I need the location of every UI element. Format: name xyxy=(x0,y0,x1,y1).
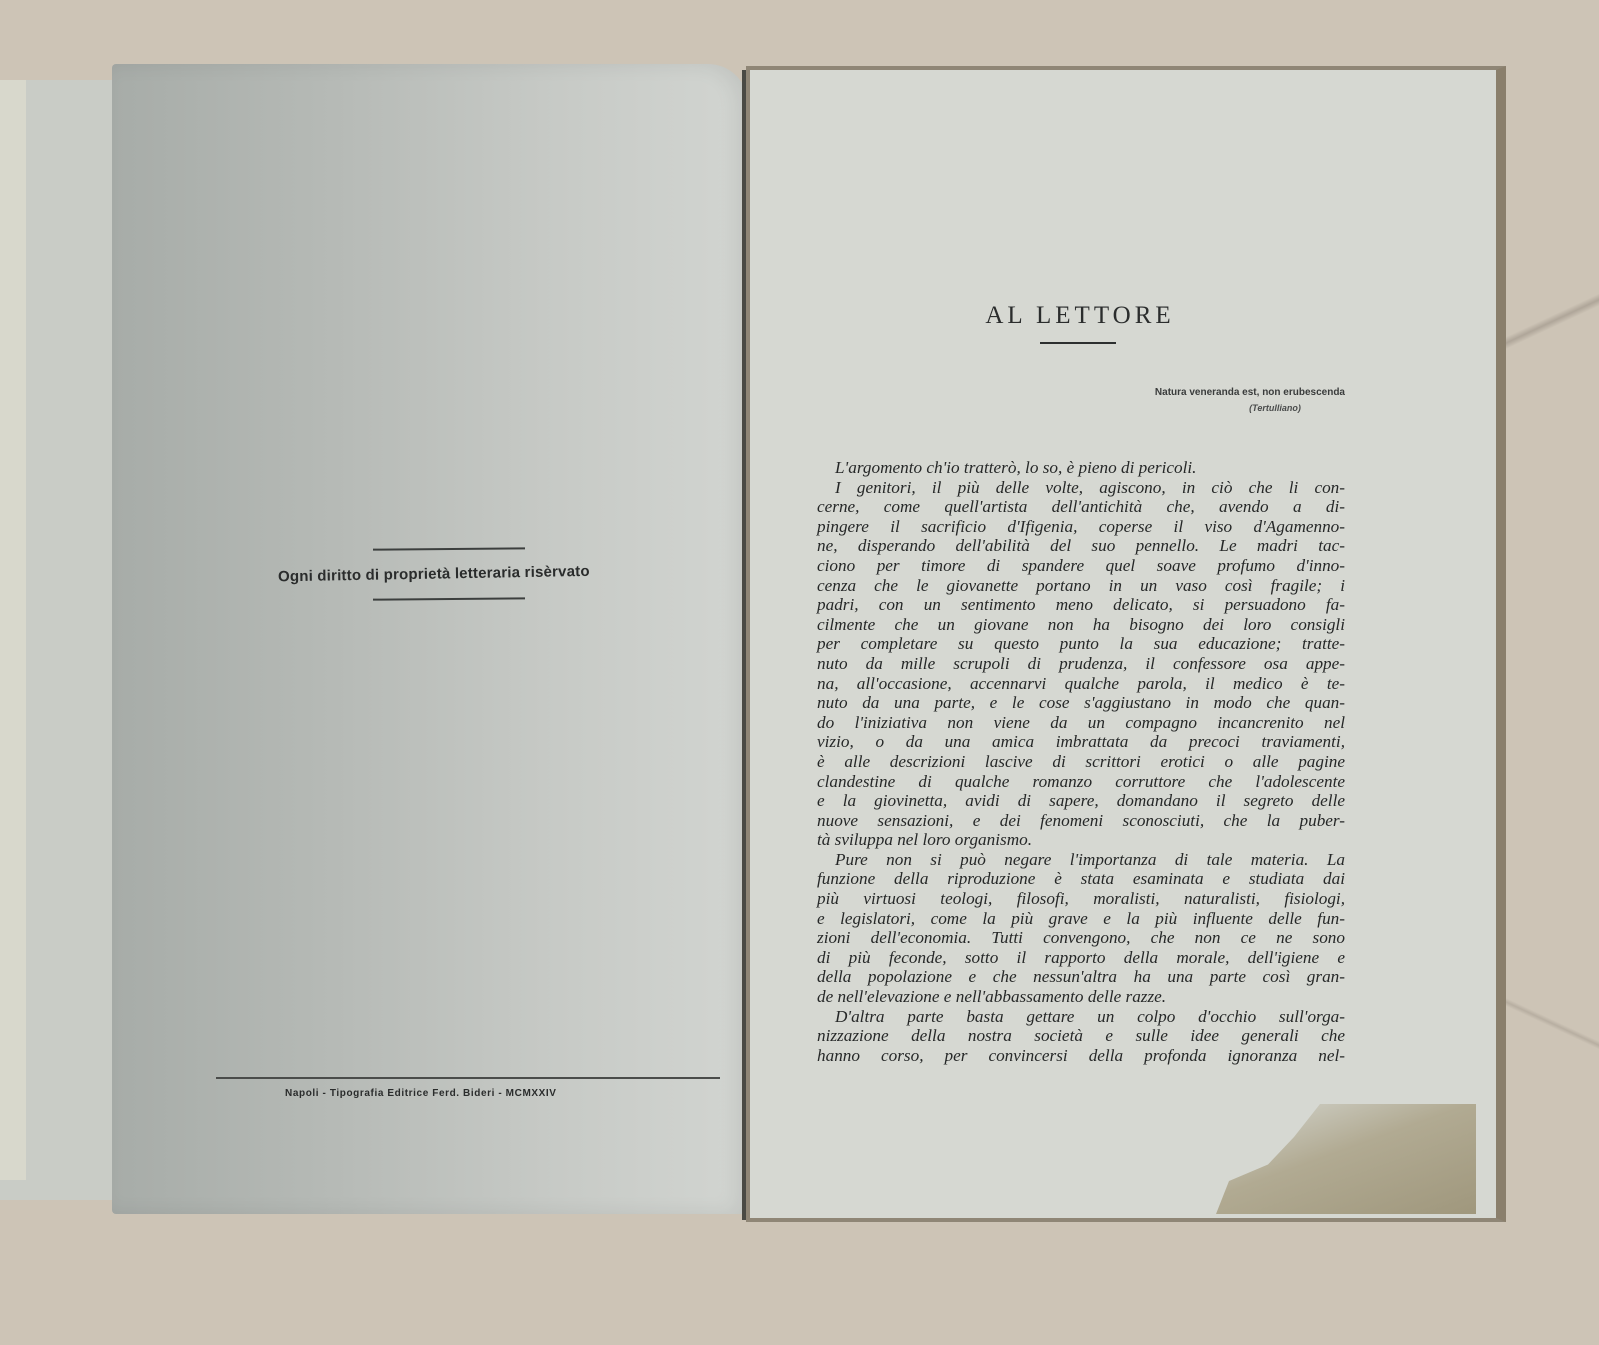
text-line: e la giovinetta, avidi di sapere, domand… xyxy=(817,791,1345,811)
left-page xyxy=(112,64,748,1214)
title-rule xyxy=(1040,342,1116,344)
text-line: e legislatori, come la più grave e la pi… xyxy=(817,909,1345,929)
epigraph-quote: Natura veneranda est, non erubescenda xyxy=(1085,387,1345,398)
back-cover-edge xyxy=(0,80,26,1180)
text-line: tà sviluppa nel loro organismo. xyxy=(817,830,1345,850)
body-text: L'argomento ch'io tratterò, lo so, è pie… xyxy=(817,458,1345,1065)
text-line: della popolazione e che nessun'altra ha … xyxy=(817,967,1345,987)
text-line: funzione della riproduzione è stata esam… xyxy=(817,869,1345,889)
text-line: ne, disperando dell'abilità del suo penn… xyxy=(817,536,1345,556)
text-line: Pure non si può negare l'importanza di t… xyxy=(817,850,1345,870)
text-line: padri, con un sentimento meno delicato, … xyxy=(817,595,1345,615)
printer-imprint: Napoli - Tipografia Editrice Ferd. Bider… xyxy=(285,1088,557,1099)
text-line: per completare su questo punto la sua ed… xyxy=(817,634,1345,654)
text-line: L'argomento ch'io tratterò, lo so, è pie… xyxy=(817,458,1345,478)
imprint-rule xyxy=(216,1077,720,1079)
text-line: I genitori, il più delle volte, agiscono… xyxy=(817,478,1345,498)
water-stain xyxy=(1216,1104,1476,1214)
text-line: vizio, o da una amica imbrattata da prec… xyxy=(817,732,1345,752)
text-line: de nell'elevazione e nell'abbassamento d… xyxy=(817,987,1345,1007)
text-line: pingere il sacrificio d'Ifigenia, copers… xyxy=(817,517,1345,537)
text-line: cilmente che un giovane non ha bisogno d… xyxy=(817,615,1345,635)
text-line: più virtuosi teologi, filosofi, moralist… xyxy=(817,889,1345,909)
text-line: do l'iniziativa non viene da un compagno… xyxy=(817,713,1345,733)
text-line: na, all'occasione, accennarvi qualche pa… xyxy=(817,674,1345,694)
text-line: cerne, come quell'artista dell'antichità… xyxy=(817,497,1345,517)
text-line: di più feconde, sotto il rapporto della … xyxy=(817,948,1345,968)
epigraph-author: (Tertulliano) xyxy=(1230,403,1320,413)
text-line: ciono per timore di spandere quel soave … xyxy=(817,556,1345,576)
text-line: cenza che le giovanette portano in un va… xyxy=(817,576,1345,596)
text-line: è alle descrizioni lascive di scrittori … xyxy=(817,752,1345,772)
text-line: nuto da mille scrupoli di prudenza, il c… xyxy=(817,654,1345,674)
text-line: nuto da una parte, e le cose s'aggiustan… xyxy=(817,693,1345,713)
text-line: D'altra parte basta gettare un colpo d'o… xyxy=(817,1007,1345,1027)
text-line: nizzazione della nostra società e sulle … xyxy=(817,1026,1345,1046)
text-line: hanno corso, per convincersi della profo… xyxy=(817,1046,1345,1066)
text-line: clandestine di qualche romanzo corruttor… xyxy=(817,772,1345,792)
text-line: nuove sensazioni, e dei fenomeni sconosc… xyxy=(817,811,1345,831)
page-title: AL LETTORE xyxy=(970,302,1190,330)
text-line: zioni dell'economia. Tutti convengono, c… xyxy=(817,928,1345,948)
